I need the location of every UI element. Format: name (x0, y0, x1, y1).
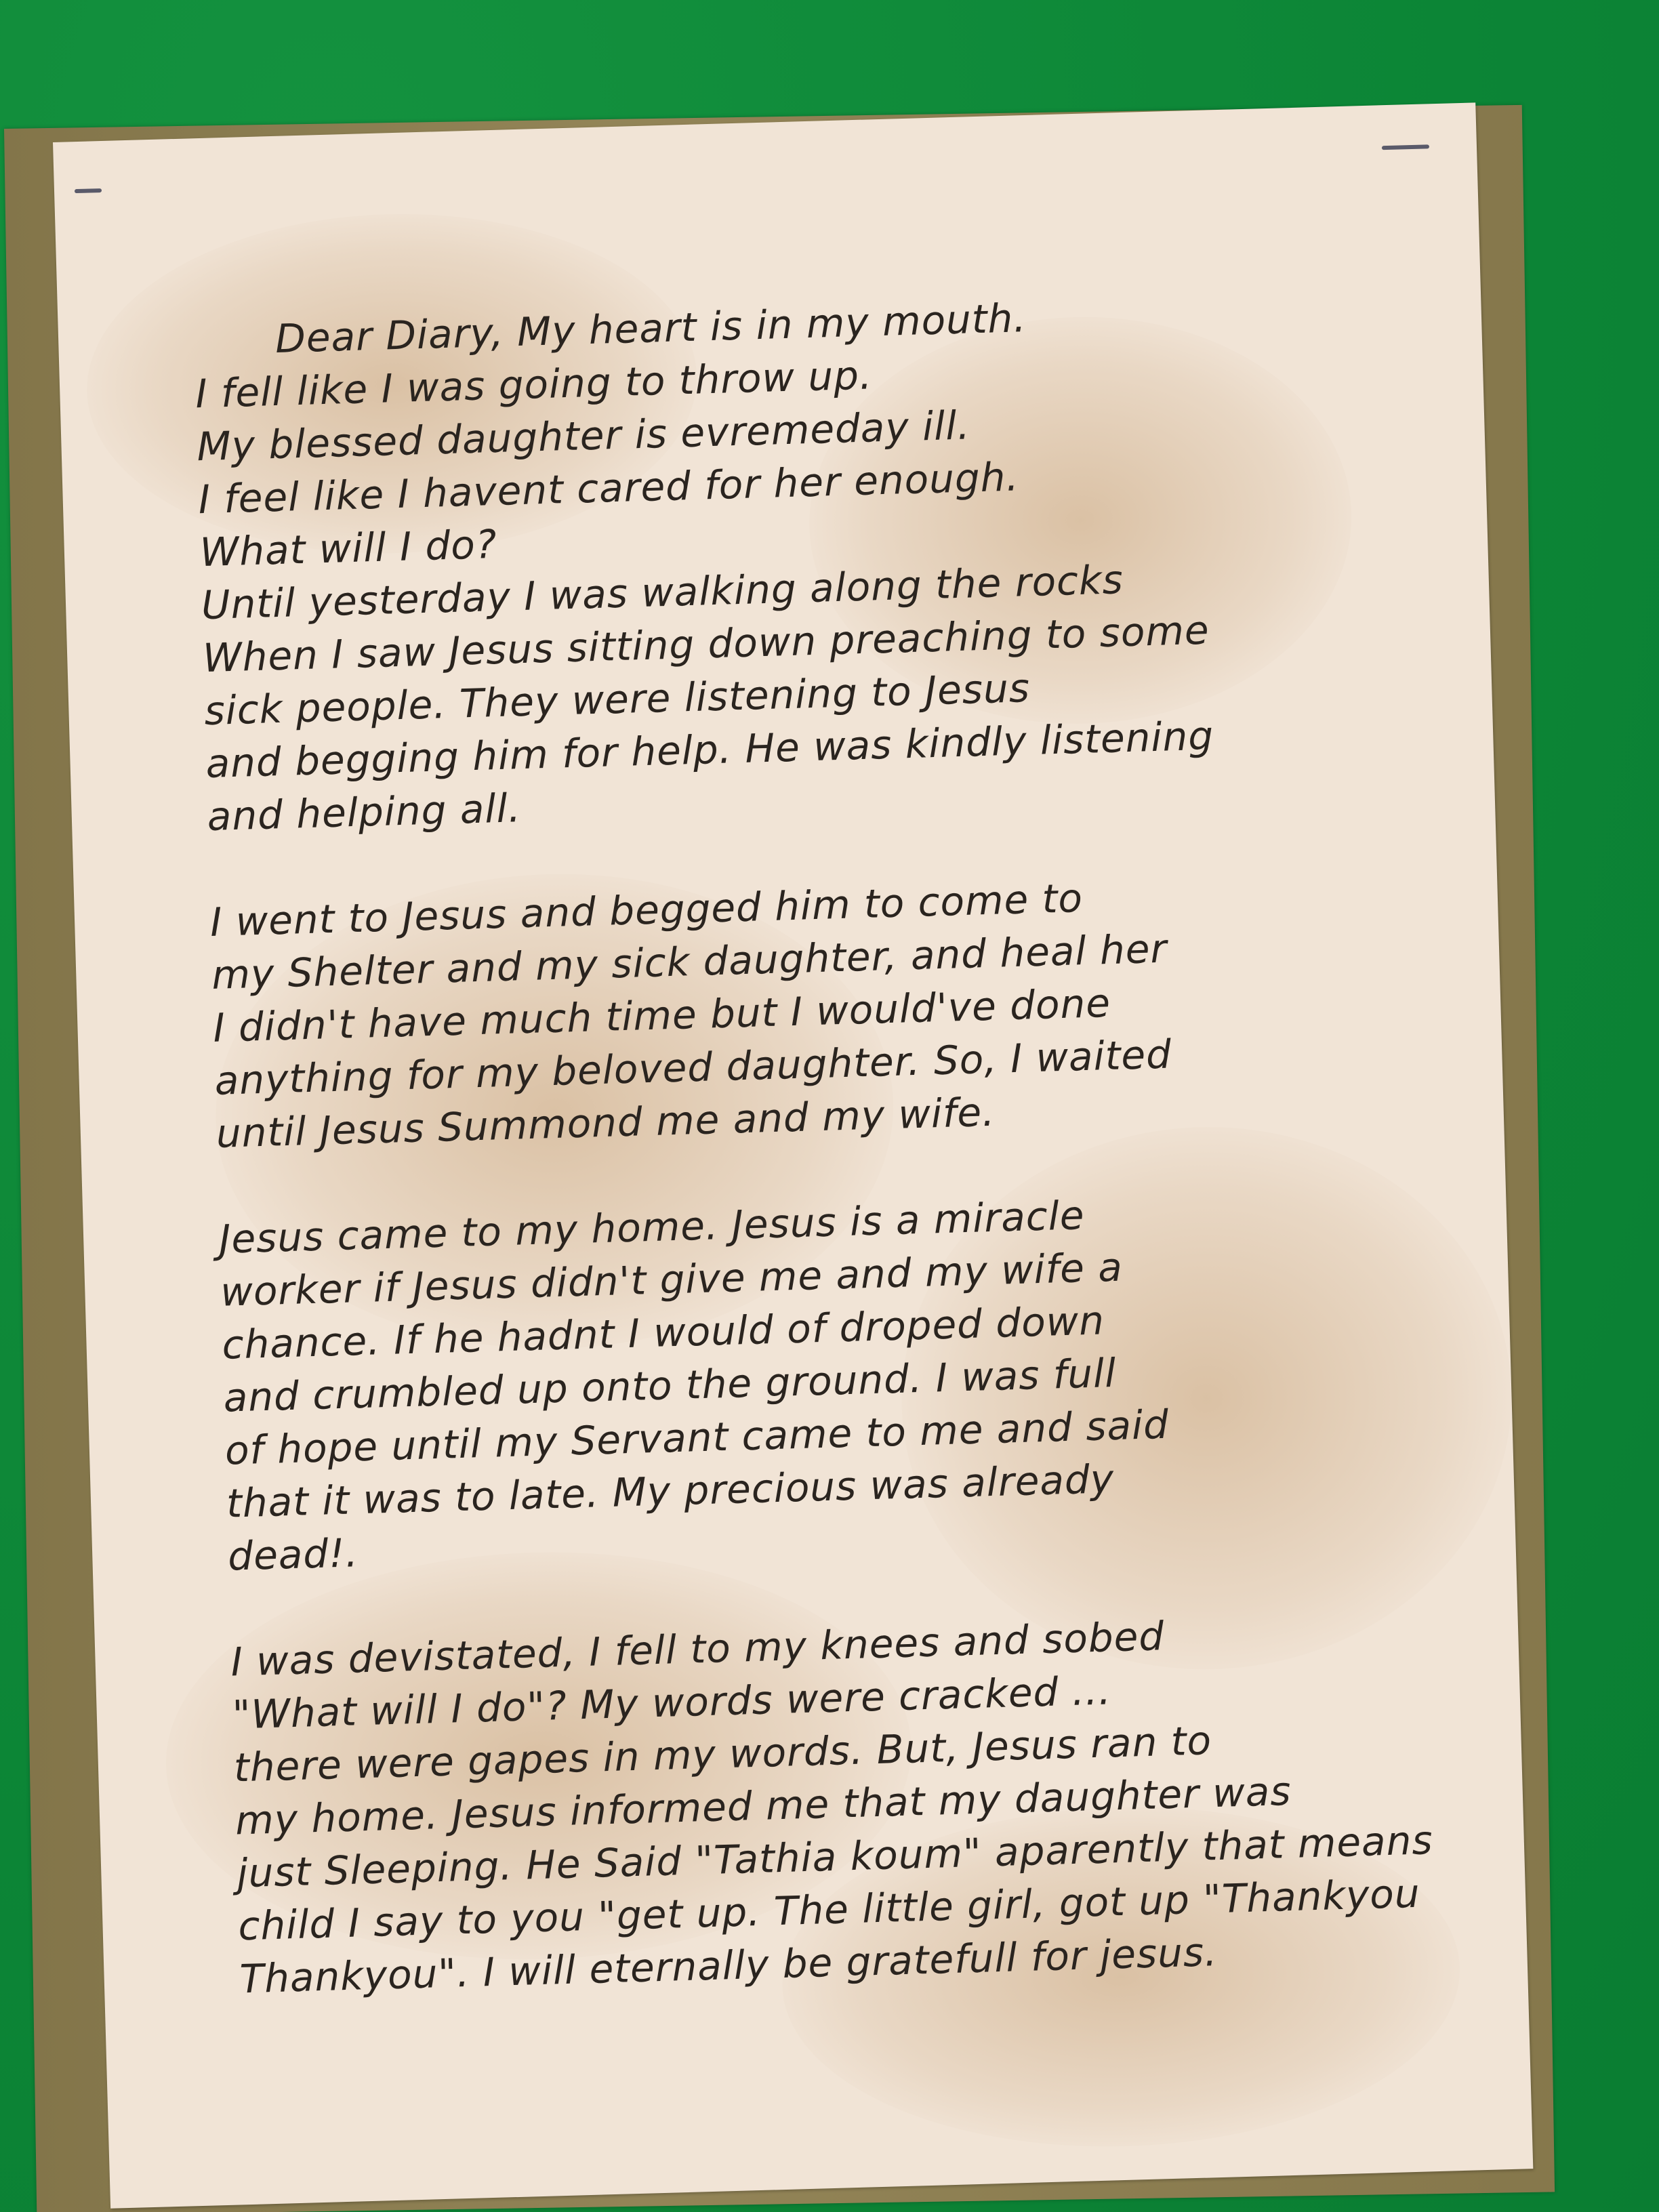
paragraph-1: I fell like I was going to throw up. My … (194, 333, 1461, 843)
pin-icon (75, 188, 102, 193)
diary-page: Dear Diary, My heart is in my mouth. I f… (53, 102, 1533, 2208)
pin-icon (1382, 144, 1429, 150)
paragraph-3: Jesus came to my home. Jesus is a miracl… (218, 1178, 1482, 1582)
paragraph-4: I was devistated, I fell to my knees and… (230, 1601, 1494, 2005)
paragraph-2: I went to Jesus and begged him to come t… (209, 861, 1470, 1160)
handwritten-entry: Dear Diary, My heart is in my mouth. I f… (193, 280, 1495, 2059)
